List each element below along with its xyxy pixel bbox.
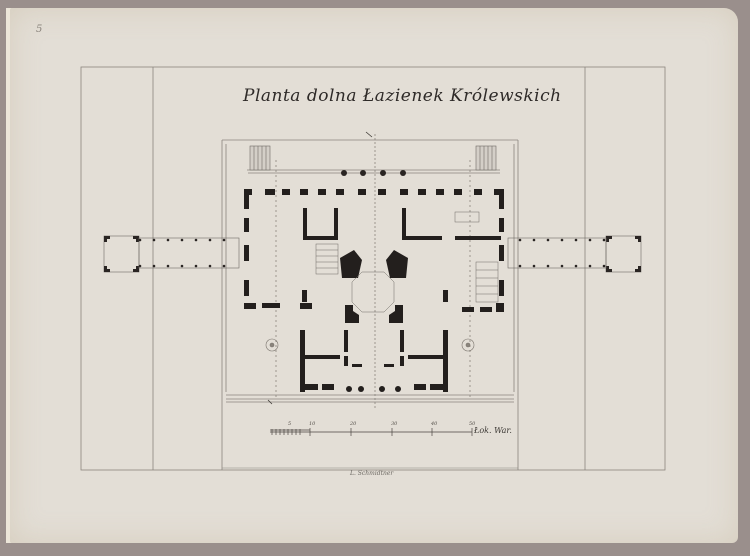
scale-tick-30: 30 <box>391 421 397 427</box>
terrace-stairs <box>250 146 496 170</box>
scale-tick-10: 10 <box>309 421 315 427</box>
main-building-walls <box>244 189 504 392</box>
west-wing <box>104 236 239 272</box>
scale-tick-20: 20 <box>350 421 356 427</box>
engraver-signature: L. Schmidtner <box>350 470 393 477</box>
east-wing <box>508 236 641 272</box>
scale-unit-label: Łok. War. <box>474 426 512 435</box>
frame-lines <box>81 67 665 470</box>
scale-tick-40: 40 <box>431 421 437 427</box>
scale-tick-5: 5 <box>288 421 291 427</box>
plan-title: Planta dolna Łazienek Królewskich <box>243 86 543 106</box>
scale-bar <box>270 428 472 436</box>
fountains <box>266 339 474 351</box>
